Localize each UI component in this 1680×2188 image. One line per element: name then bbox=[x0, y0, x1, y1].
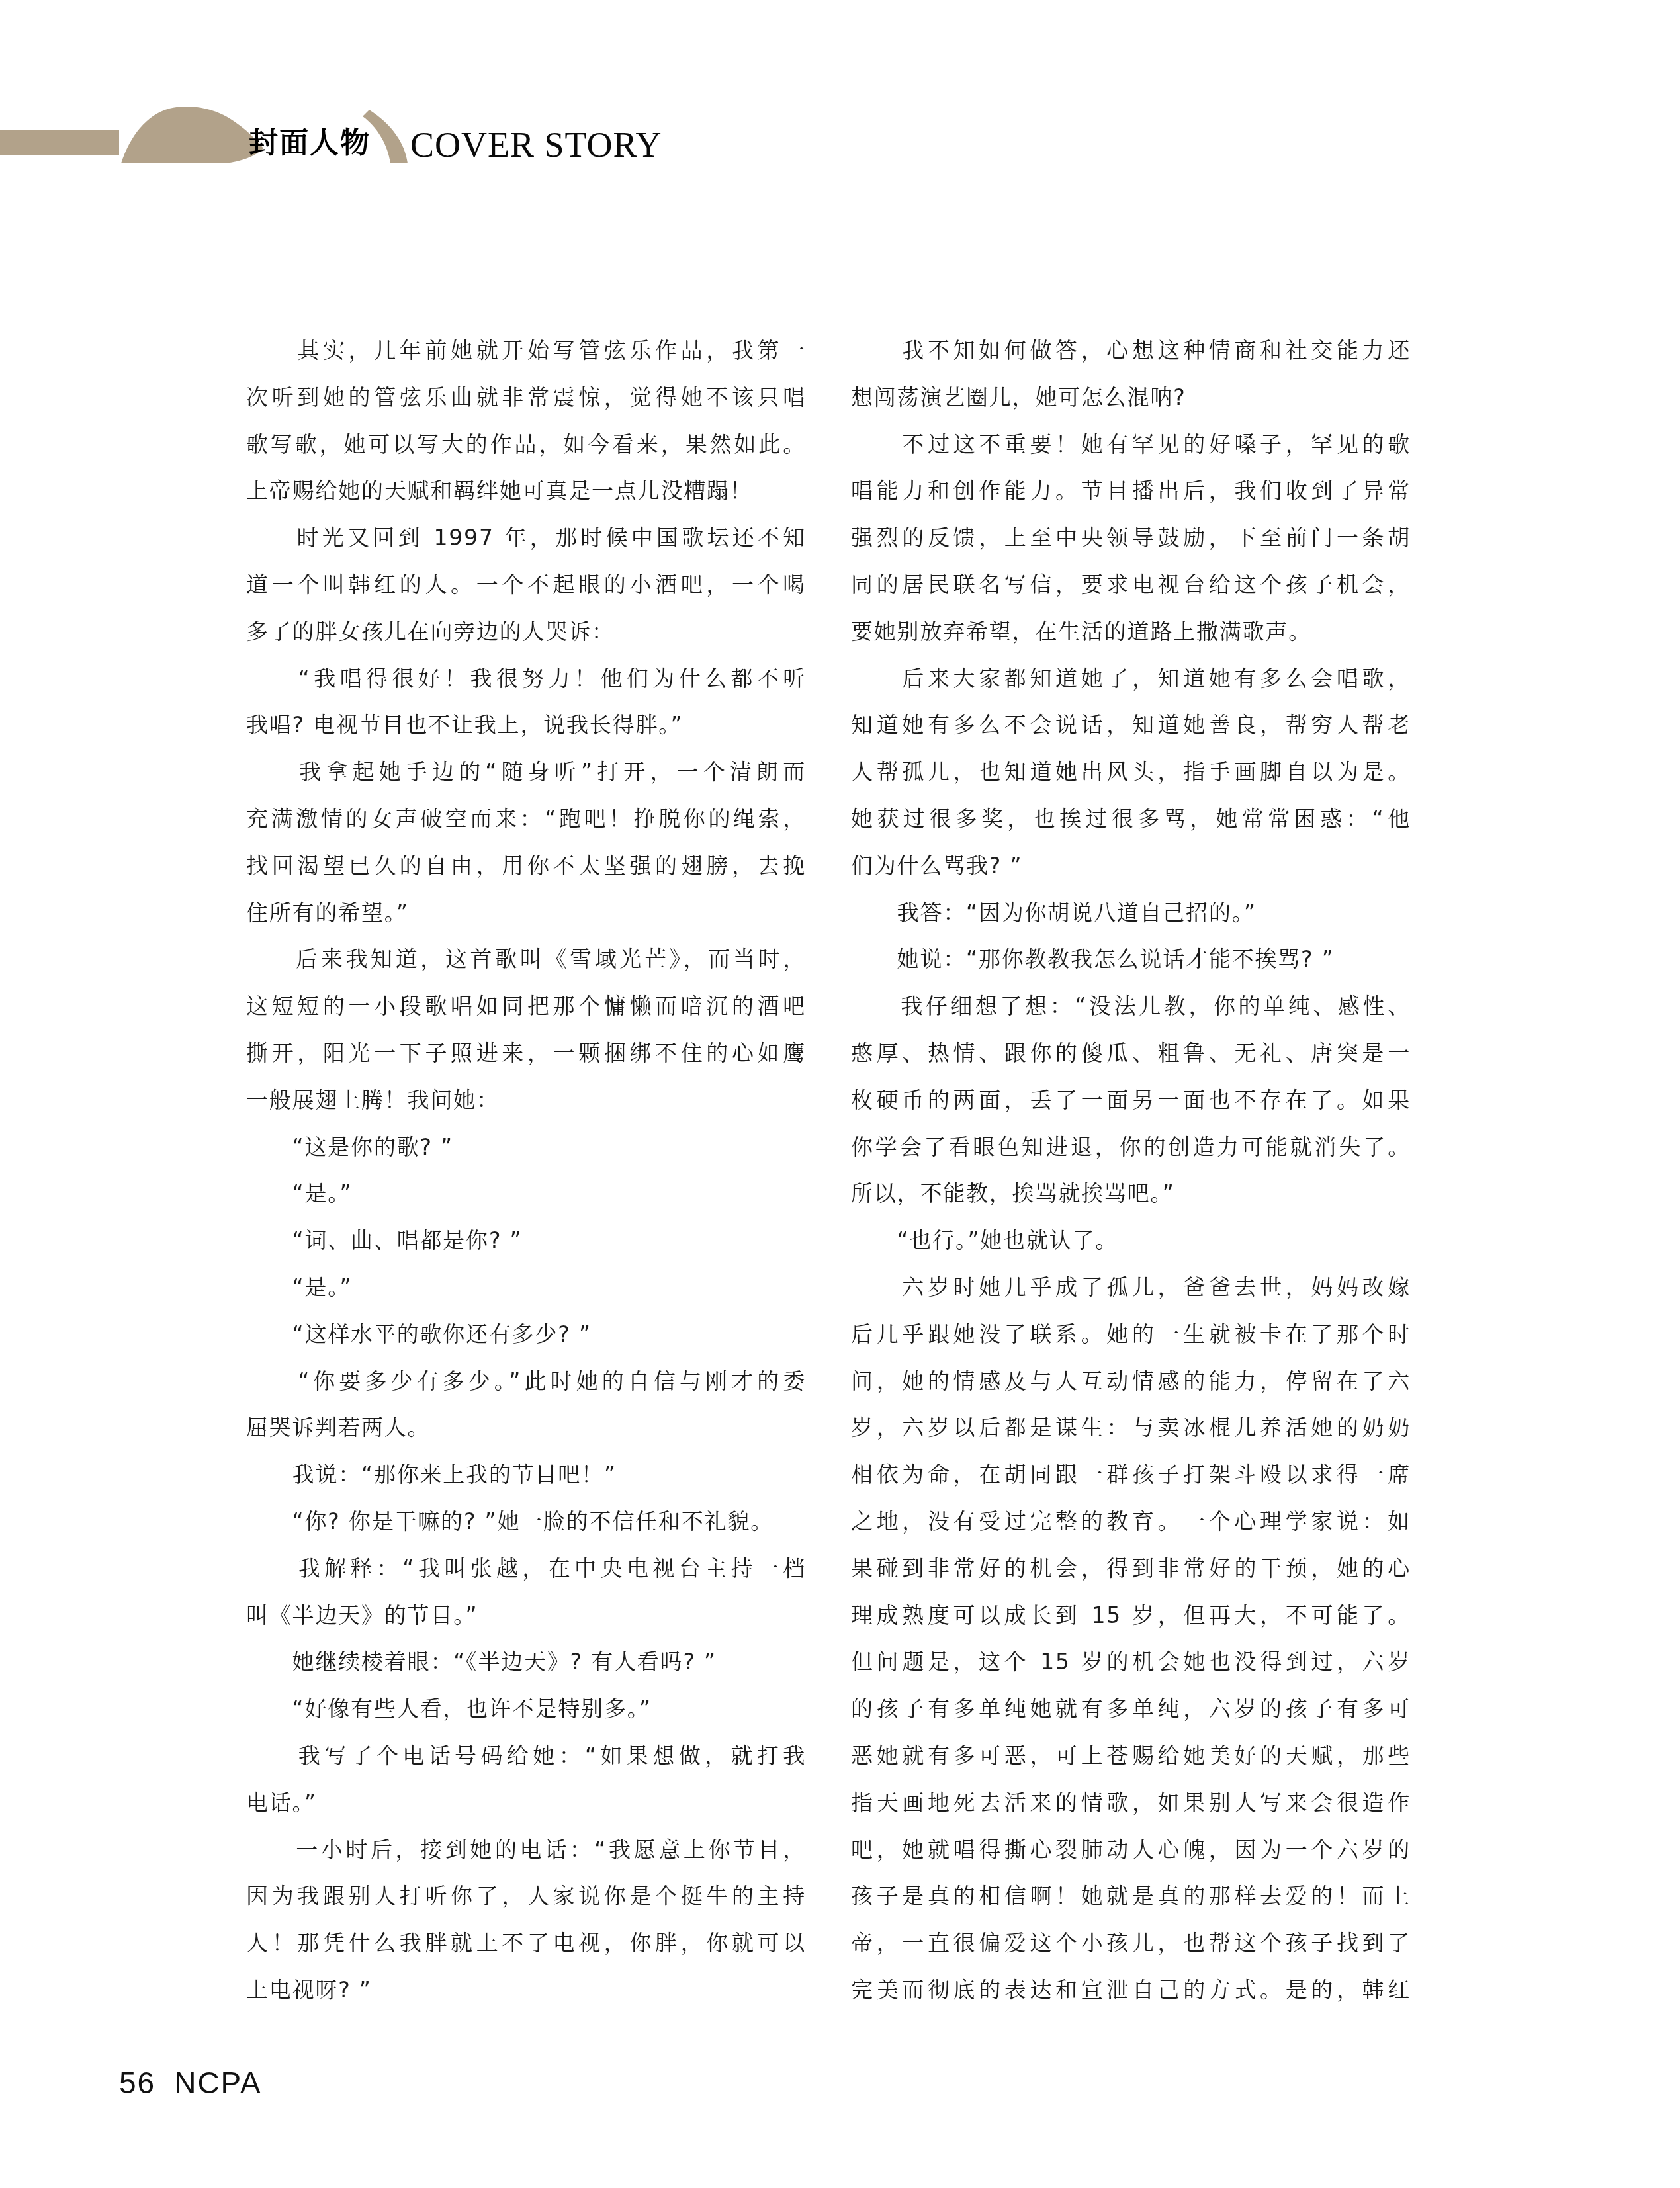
text-line: “这是你的歌? ” bbox=[246, 1124, 806, 1171]
text-line: 我写了个电话号码给她：“如果想做，就打我 bbox=[246, 1733, 806, 1780]
text-line: 知道她有多么不会说话，知道她善良，帮穷人帮老 bbox=[851, 702, 1411, 749]
text-line: 理成熟度可以成长到 15 岁，但再大，不可能了。 bbox=[851, 1593, 1411, 1640]
section-title-cn: 封面人物 bbox=[249, 128, 371, 159]
text-line: 找回渴望已久的自由，用你不太坚强的翅膀，去挽 bbox=[246, 843, 806, 890]
header-bar-shape bbox=[0, 130, 119, 155]
text-line: 人帮孤儿，也知道她出风头，指手画脚自以为是。 bbox=[851, 749, 1411, 796]
text-line: “是。” bbox=[246, 1170, 806, 1217]
text-line: 强烈的反馈，上至中央领导鼓励，下至前门一条胡 bbox=[851, 515, 1411, 562]
text-line: 次听到她的管弦乐曲就非常震惊，觉得她不该只唱 bbox=[246, 374, 806, 421]
text-line: 充满激情的女声破空而来：“跑吧！挣脱你的绳索， bbox=[246, 796, 806, 843]
text-line: 我说：“那你来上我的节目吧！” bbox=[246, 1452, 806, 1499]
text-line: 吧，她就唱得撕心裂肺动人心魄，因为一个六岁的 bbox=[851, 1827, 1411, 1874]
text-line: 上帝赐给她的天赋和羁绊她可真是一点儿没糟蹋！ bbox=[246, 468, 806, 515]
text-line: 间，她的情感及与人互动情感的能力，停留在了六 bbox=[851, 1358, 1411, 1405]
text-line: 指天画地死去活来的情歌，如果别人写来会很造作 bbox=[851, 1780, 1411, 1827]
text-line: 之地，没有受过完整的教育。一个心理学家说：如 bbox=[851, 1499, 1411, 1546]
text-line: 同的居民联名写信，要求电视台给这个孩子机会， bbox=[851, 562, 1411, 609]
text-line: 憨厚、热情、跟你的傻瓜、粗鲁、无礼、唐突是一 bbox=[851, 1030, 1411, 1077]
text-line: 的孩子有多单纯她就有多单纯，六岁的孩子有多可 bbox=[851, 1686, 1411, 1733]
text-line: 一小时后，接到她的电话：“我愿意上你节目， bbox=[246, 1827, 806, 1874]
text-line: 唱能力和创作能力。节目播出后，我们收到了异常 bbox=[851, 468, 1411, 515]
text-line: 们为什么骂我? ” bbox=[851, 843, 1411, 890]
text-line: 我仔细想了想：“没法儿教，你的单纯、感性、 bbox=[851, 983, 1411, 1030]
text-line: 这短短的一小段歌唱如同把那个慵懒而暗沉的酒吧 bbox=[246, 983, 806, 1030]
text-line: “也行。”她也就认了。 bbox=[851, 1217, 1411, 1264]
text-line: 想闯荡演艺圈儿，她可怎么混呐? bbox=[851, 374, 1411, 421]
text-line: 叫《半边天》的节目。” bbox=[246, 1593, 806, 1640]
text-line: “是。” bbox=[246, 1264, 806, 1311]
text-line: 我答：“因为你胡说八道自己招的。” bbox=[851, 890, 1411, 937]
left-column: 其实，几年前她就开始写管弦乐作品，我第一次听到她的管弦乐曲就非常震惊，觉得她不该… bbox=[246, 328, 806, 2014]
journal-name: NCPA bbox=[174, 2066, 261, 2100]
text-line: 多了的胖女孩儿在向旁边的人哭诉： bbox=[246, 609, 806, 656]
text-line: 道一个叫韩红的人。一个不起眼的小酒吧，一个喝 bbox=[246, 562, 806, 609]
header-leaf-shape bbox=[121, 107, 263, 163]
page-footer: 56NCPA bbox=[119, 2066, 262, 2100]
text-line: 完美而彻底的表达和宣泄自己的方式。是的，韩红 bbox=[851, 1967, 1411, 2014]
text-line: 不过这不重要！她有罕见的好嗓子，罕见的歌 bbox=[851, 421, 1411, 468]
text-line: 岁，六岁以后都是谋生：与卖冰棍儿养活她的奶奶 bbox=[851, 1405, 1411, 1452]
text-line: “词、曲、唱都是你? ” bbox=[246, 1217, 806, 1264]
text-line: 住所有的希望。” bbox=[246, 890, 806, 937]
text-line: 她说：“那你教教我怎么说话才能不挨骂? ” bbox=[851, 936, 1411, 983]
text-line: 后几乎跟她没了联系。她的一生就被卡在了那个时 bbox=[851, 1311, 1411, 1358]
magazine-page: 封面人物 COVER STORY 其实，几年前她就开始写管弦乐作品，我第一次听到… bbox=[0, 0, 1680, 2188]
text-line: 我解释：“我叫张越，在中央电视台主持一档 bbox=[246, 1546, 806, 1593]
text-line: 枚硬币的两面，丢了一面另一面也不存在了。如果 bbox=[851, 1077, 1411, 1124]
header-swoosh-graphic bbox=[0, 0, 463, 198]
text-line: 孩子是真的相信啊！她就是真的那样去爱的！而上 bbox=[851, 1873, 1411, 1920]
page-number: 56 bbox=[119, 2066, 155, 2100]
text-line: 你学会了看眼色知进退，你的创造力可能就消失了。 bbox=[851, 1124, 1411, 1171]
text-line: 屈哭诉判若两人。 bbox=[246, 1405, 806, 1452]
text-line: 所以，不能教，挨骂就挨骂吧。” bbox=[851, 1170, 1411, 1217]
text-line: 一般展翅上腾！我问她： bbox=[246, 1077, 806, 1124]
text-line: 帝，一直很偏爱这个小孩儿，也帮这个孩子找到了 bbox=[851, 1920, 1411, 1967]
text-line: 其实，几年前她就开始写管弦乐作品，我第一 bbox=[246, 328, 806, 374]
text-line: 要她别放弃希望，在生活的道路上撒满歌声。 bbox=[851, 609, 1411, 656]
text-line: 我唱? 电视节目也不让我上，说我长得胖。” bbox=[246, 702, 806, 749]
text-line: 她继续棱着眼：“《半边天》? 有人看吗? ” bbox=[246, 1639, 806, 1686]
text-line: “我唱得很好！我很努力！他们为什么都不听 bbox=[246, 656, 806, 703]
text-line: 我不知如何做答，心想这种情商和社交能力还 bbox=[851, 328, 1411, 374]
section-title-en: COVER STORY bbox=[410, 126, 662, 163]
text-line: 后来大家都知道她了，知道她有多么会唱歌， bbox=[851, 656, 1411, 703]
text-line: 相依为命，在胡同跟一群孩子打架斗殴以求得一席 bbox=[851, 1452, 1411, 1499]
text-line: 果碰到非常好的机会，得到非常好的干预，她的心 bbox=[851, 1546, 1411, 1593]
text-line: 歌写歌，她可以写大的作品，如今看来，果然如此。 bbox=[246, 421, 806, 468]
text-line: 但问题是，这个 15 岁的机会她也没得到过，六岁 bbox=[851, 1639, 1411, 1686]
right-column: 我不知如何做答，心想这种情商和社交能力还想闯荡演艺圈儿，她可怎么混呐? 不过这不… bbox=[851, 328, 1411, 2014]
text-line: “你要多少有多少。”此时她的自信与刚才的委 bbox=[246, 1358, 806, 1405]
text-line: 后来我知道，这首歌叫《雪域光芒》，而当时， bbox=[246, 936, 806, 983]
text-line: 电话。” bbox=[246, 1780, 806, 1827]
text-line: 我拿起她手边的“随身听”打开，一个清朗而 bbox=[246, 749, 806, 796]
text-line: 人！那凭什么我胖就上不了电视，你胖，你就可以 bbox=[246, 1920, 806, 1967]
text-line: “你? 你是干嘛的? ”她一脸的不信任和不礼貌。 bbox=[246, 1499, 806, 1546]
text-line: 因为我跟别人打听你了，人家说你是个挺牛的主持 bbox=[246, 1873, 806, 1920]
text-line: “好像有些人看，也许不是特别多。” bbox=[246, 1686, 806, 1733]
text-line: 上电视呀? ” bbox=[246, 1967, 806, 2014]
text-line: 她获过很多奖，也挨过很多骂，她常常困惑：“他 bbox=[851, 796, 1411, 843]
text-line: 时光又回到 1997 年，那时候中国歌坛还不知 bbox=[246, 515, 806, 562]
text-line: 恶她就有多可恶，可上苍赐给她美好的天赋，那些 bbox=[851, 1733, 1411, 1780]
text-line: “这样水平的歌你还有多少? ” bbox=[246, 1311, 806, 1358]
text-line: 六岁时她几乎成了孤儿，爸爸去世，妈妈改嫁 bbox=[851, 1264, 1411, 1311]
text-line: 撕开，阳光一下子照进来，一颗捆绑不住的心如鹰 bbox=[246, 1030, 806, 1077]
